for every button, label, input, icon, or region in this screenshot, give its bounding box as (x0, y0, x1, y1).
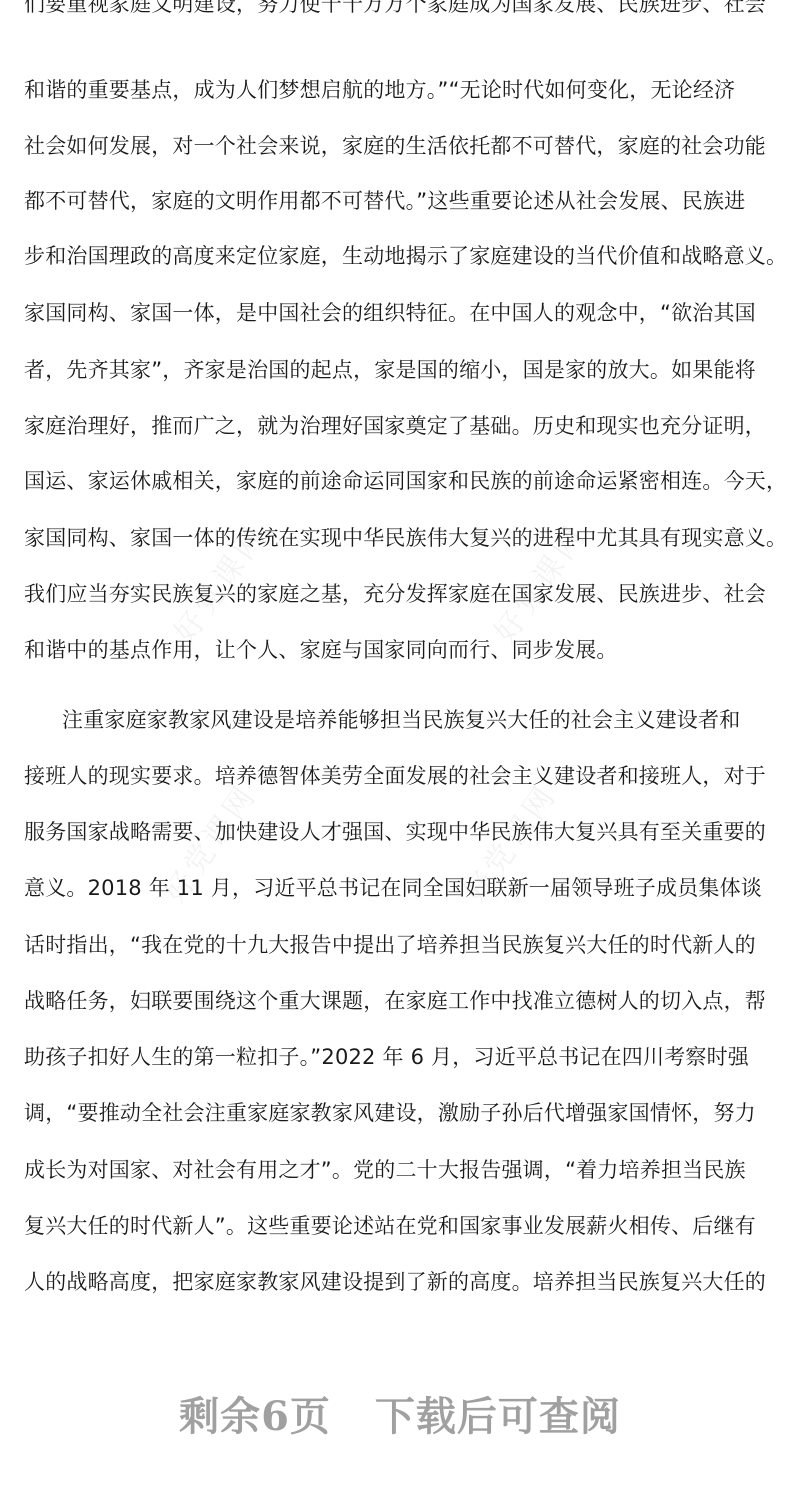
text-line: 成长为对国家、对社会有用之才”。党的二十大报告强调，“着力培养担当民族 (24, 1156, 784, 1184)
text-line: 服务国家战略需要、加快建设人才强国、实现中华民族伟大复兴具有至关重要的 (24, 818, 784, 846)
text-line: 国运、家运休戚相关，家庭的前途命运同国家和民族的前途命运紧密相连。今天， (24, 467, 784, 495)
text-line: 我们应当夯实民族复兴的家庭之基，充分发挥家庭在国家发展、民族进步、社会 (24, 580, 784, 608)
text-line: 和谐中的基点作用，让个人、家庭与国家同向而行、同步发展。 (24, 636, 784, 664)
text-line: 家庭治理好，推而广之，就为治理好国家奠定了基础。历史和现实也充分证明， (24, 412, 784, 440)
text-line: 们要重视家庭文明建设，努力使千千万万个家庭成为国家发展、民族进步、社会 (24, 0, 784, 18)
download-prompt[interactable]: 剩余6页下载后可查阅 (0, 1385, 800, 1442)
text-line: 助孩子扣好人生的第一粒扣子。”2022 年 6 月，习近平总书记在四川考察时强 (24, 1043, 784, 1071)
text-line: 者，先齐其家”，齐家是治国的起点，家是国的缩小，国是家的放大。如果能将 (24, 356, 784, 384)
text-line: 家国同构、家国一体，是中国社会的组织特征。在中国人的观念中，“欲治其国 (24, 299, 784, 327)
text-line: 人的战略高度，把家庭家教家风建设提到了新的高度。培养担当民族复兴大任的 (24, 1268, 784, 1296)
document-page: 好党课网好党课网好党课网好党课网 们要重视家庭文明建设，努力使千千万万个家庭成为… (0, 0, 800, 1488)
text-line: 接班人的现实要求。培养德智体美劳全面发展的社会主义建设者和接班人，对于 (24, 762, 784, 790)
text-line: 话时指出，“我在党的十九大报告中提出了培养担当民族复兴大任的时代新人的 (24, 931, 784, 959)
text-line: 社会如何发展，对一个社会来说，家庭的生活依托都不可替代，家庭的社会功能 (24, 132, 784, 160)
text-line: 和谐的重要基点，成为人们梦想启航的地方。”“无论时代如何变化，无论经济 (24, 76, 784, 104)
text-line: 战略任务，妇联要围绕这个重大课题，在家庭工作中找准立德树人的切入点，帮 (24, 987, 784, 1015)
text-line: 意义。2018 年 11 月，习近平总书记在同全国妇联新一届领导班子成员集体谈 (24, 874, 784, 902)
download-to-view-label[interactable]: 下载后可查阅 (375, 1385, 621, 1442)
text-line: 家国同构、家国一体的传统在实现中华民族伟大复兴的进程中尤其具有现实意义。 (24, 524, 784, 552)
text-line: 调，“要推动全社会注重家庭家教家风建设，激励子孙后代增强家国情怀，努力 (24, 1099, 784, 1127)
text-line: 注重家庭家教家风建设是培养能够担当民族复兴大任的社会主义建设者和 (62, 706, 800, 734)
text-line: 复兴大任的时代新人”。这些重要论述站在党和国家事业发展薪火相传、后继有 (24, 1212, 784, 1240)
remaining-pages-label[interactable]: 剩余6页 (179, 1385, 331, 1442)
text-line: 都不可替代，家庭的文明作用都不可替代。”这些重要论述从社会发展、民族进 (24, 187, 784, 215)
text-line: 步和治国理政的高度来定位家庭，生动地揭示了家庭建设的当代价值和战略意义。 (24, 242, 784, 270)
